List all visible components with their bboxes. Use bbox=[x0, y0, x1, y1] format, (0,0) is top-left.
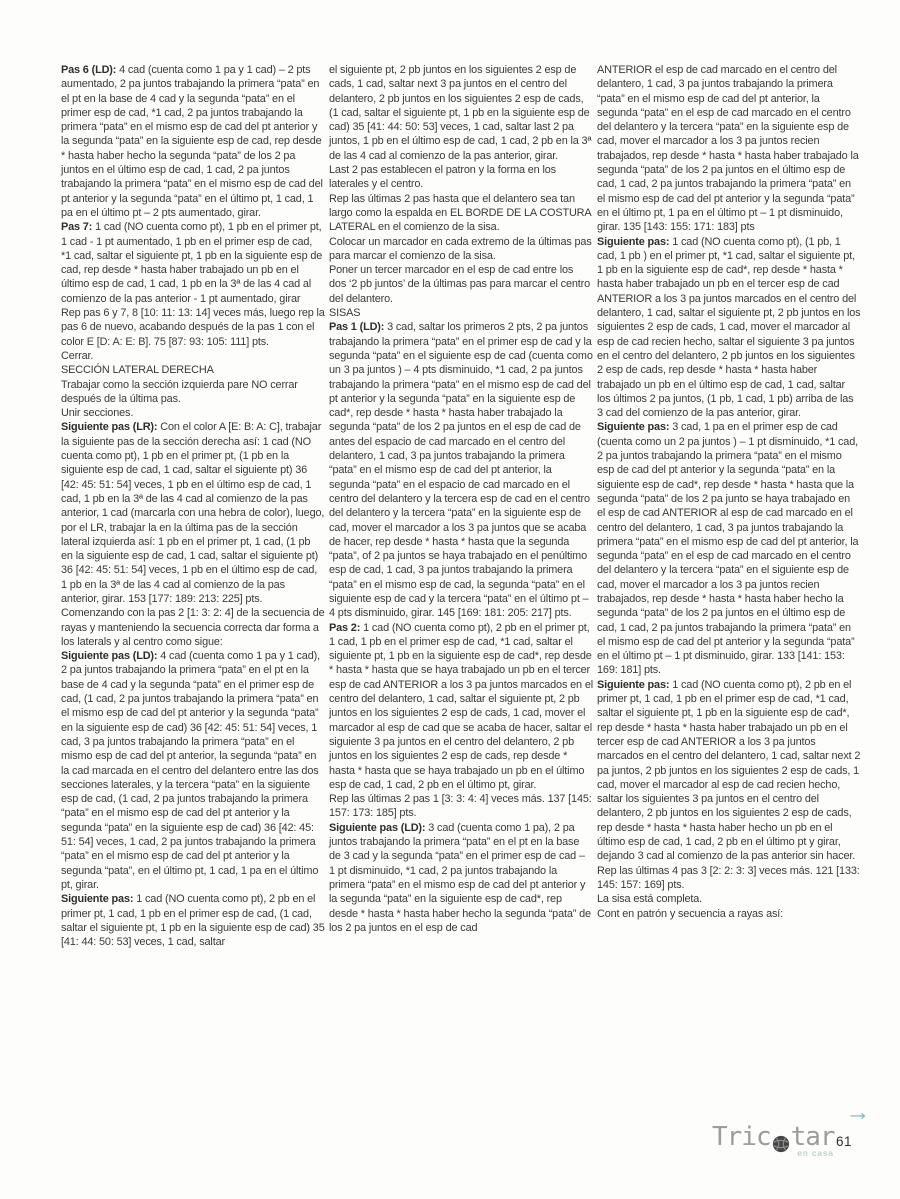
paragraph: Unir secciones. bbox=[61, 406, 325, 420]
tricotar-logo: Tric tar en casa bbox=[712, 1122, 840, 1166]
paragraph: Pas 7: 1 cad (NO cuenta como pt), 1 pb e… bbox=[61, 220, 325, 306]
page-number: 61 bbox=[836, 1134, 852, 1149]
paragraph: Siguiente pas: 1 cad (NO cuenta como pt)… bbox=[597, 235, 861, 421]
paragraph: Pas 1 (LD): 3 cad, saltar los primeros 2… bbox=[329, 320, 593, 620]
paragraph-label: Siguiente pas: bbox=[597, 236, 672, 248]
paragraph-label: Siguiente pas: bbox=[61, 893, 136, 905]
paragraph: Siguiente pas (LD): 4 cad (cuenta como 1… bbox=[61, 649, 325, 892]
paragraph: Poner un tercer marcador en el esp de ca… bbox=[329, 263, 593, 306]
paragraph: Cont en patrón y secuencia a rayas así: bbox=[597, 907, 861, 921]
continue-arrow-icon: → bbox=[843, 1097, 873, 1127]
paragraph: ANTERIOR el esp de cad marcado en el cen… bbox=[597, 63, 861, 235]
paragraph: La sisa está completa. bbox=[597, 892, 861, 906]
paragraph: Trabajar como la sección izquierda pare … bbox=[61, 378, 325, 407]
paragraph: Rep las últimas 4 pas 3 [2: 2: 3: 3] vec… bbox=[597, 864, 861, 893]
text-column-middle: el siguiente pt, 2 pb juntos en los sigu… bbox=[329, 63, 593, 935]
paragraph: Colocar un marcador en cada extremo de l… bbox=[329, 235, 593, 264]
paragraph: Rep las últimas 2 pas hasta que el delan… bbox=[329, 192, 593, 235]
paragraph-label: Siguiente pas (LD): bbox=[61, 650, 160, 662]
paragraph-label: Pas 6 (LD): bbox=[61, 64, 119, 76]
paragraph: Siguiente pas: 1 cad (NO cuenta como pt)… bbox=[61, 892, 325, 949]
paragraph: Rep las últimas 2 pas 1 [3: 3: 4: 4] vec… bbox=[329, 792, 593, 821]
paragraph: Rep pas 6 y 7, 8 [10: 11: 13: 14] veces … bbox=[61, 306, 325, 349]
magazine-page: Pas 6 (LD): 4 cad (cuenta como 1 pa y 1 … bbox=[0, 0, 900, 1199]
paragraph: Siguiente pas (LR): Con el color A [E: B… bbox=[61, 420, 325, 606]
paragraph-label: Pas 7: bbox=[61, 221, 95, 233]
paragraph-label: Pas 1 (LD): bbox=[329, 321, 387, 333]
paragraph: SECCIÓN LATERAL DERECHA bbox=[61, 363, 325, 377]
paragraph-label: Siguiente pas (LR): bbox=[61, 421, 160, 433]
paragraph: SISAS bbox=[329, 306, 593, 320]
paragraph-label: Siguiente pas (LD): bbox=[329, 822, 428, 834]
text-column-left: Pas 6 (LD): 4 cad (cuenta como 1 pa y 1 … bbox=[61, 63, 325, 949]
paragraph-label: Pas 2: bbox=[329, 622, 363, 634]
paragraph: Comenzando con la pas 2 [1: 3: 2: 4] de … bbox=[61, 606, 325, 649]
paragraph: Last 2 pas establecen el patron y la for… bbox=[329, 163, 593, 192]
paragraph: Pas 6 (LD): 4 cad (cuenta como 1 pa y 1 … bbox=[61, 63, 325, 220]
paragraph: Siguiente pas: 3 cad, 1 pa en el primer … bbox=[597, 420, 861, 677]
paragraph-label: Siguiente pas: bbox=[597, 421, 672, 433]
logo-text-before: Tric bbox=[712, 1122, 771, 1152]
paragraph: Siguiente pas (LD): 3 cad (cuenta como 1… bbox=[329, 821, 593, 935]
paragraph: el siguiente pt, 2 pb juntos en los sigu… bbox=[329, 63, 593, 163]
yarn-ball-icon bbox=[772, 1130, 790, 1148]
paragraph: Pas 2: 1 cad (NO cuenta como pt), 2 pb e… bbox=[329, 621, 593, 793]
paragraph: Siguiente pas: 1 cad (NO cuenta como pt)… bbox=[597, 678, 861, 864]
paragraph: Cerrar. bbox=[61, 349, 325, 363]
paragraph-label: Siguiente pas: bbox=[597, 679, 672, 691]
text-column-right: ANTERIOR el esp de cad marcado en el cen… bbox=[597, 63, 861, 921]
